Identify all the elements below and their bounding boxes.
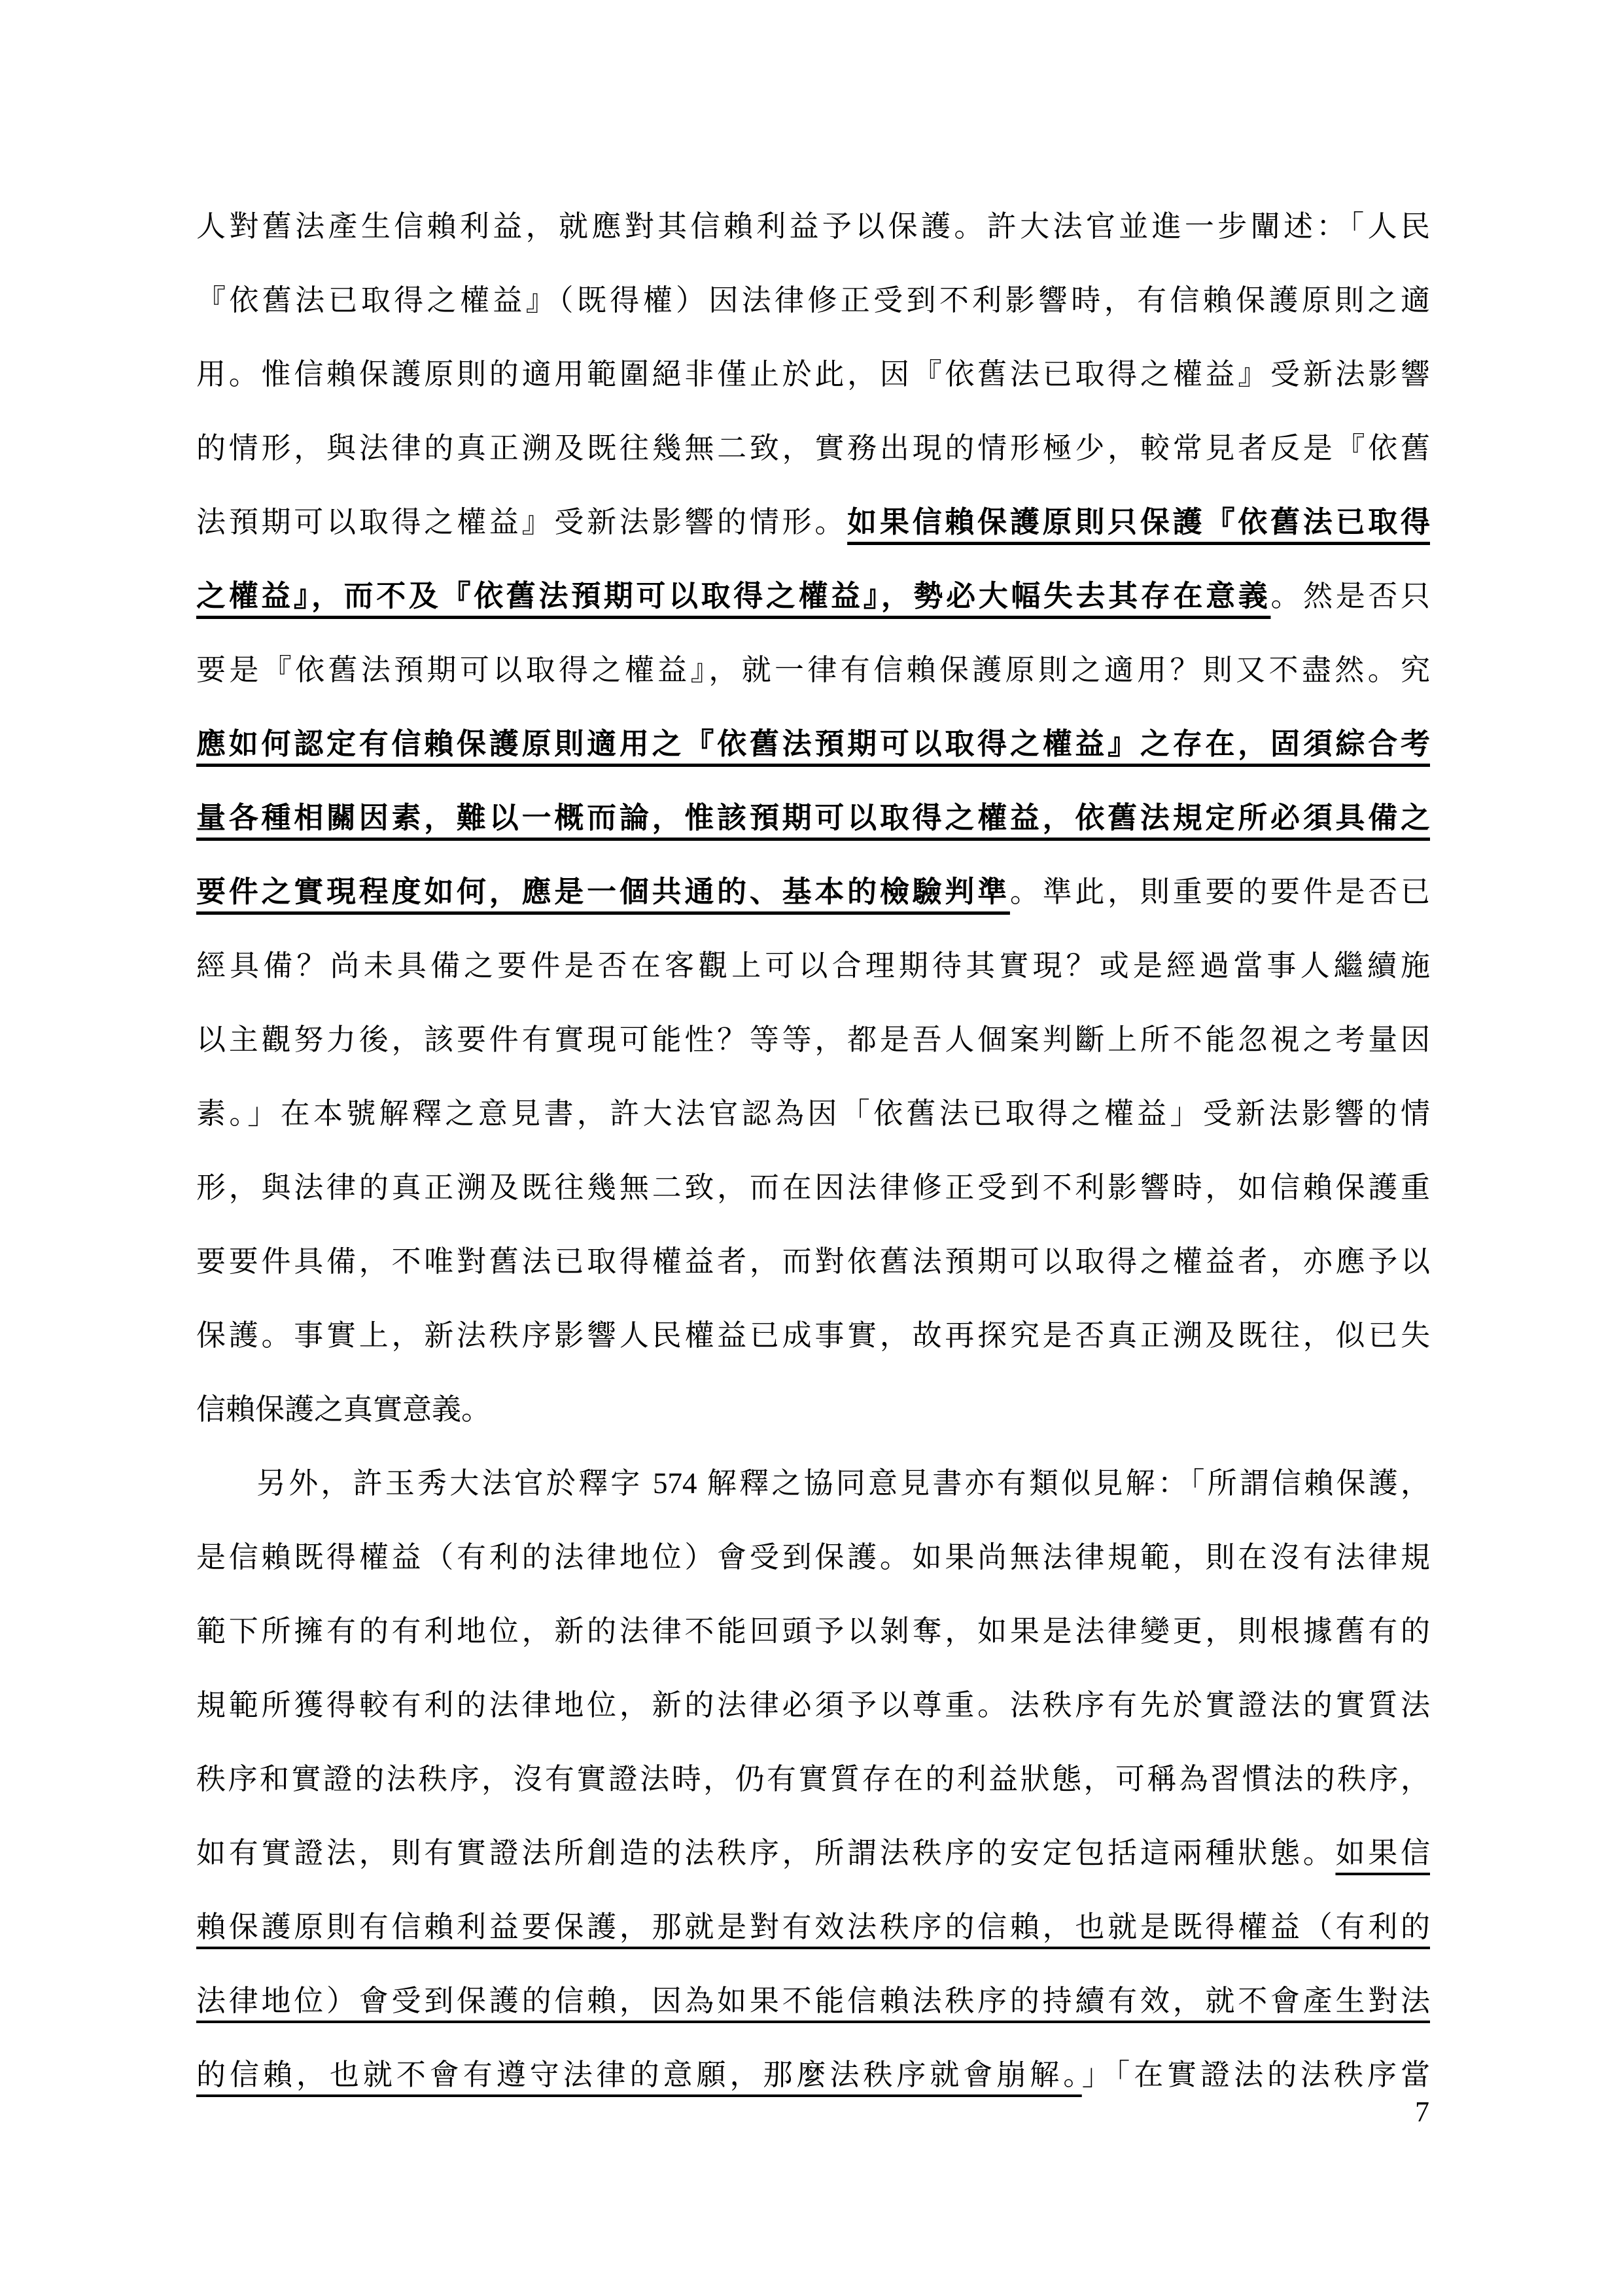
text-run: 規範所獲得較有利的法律地位，新的法律必須予以尊重。法秩序有先於實證法的實質法 xyxy=(196,1689,1430,1722)
emphasized-text-run: 法律地位）會受到保護的信賴，因為如果不能信賴法秩序的持續有效，就不會產生對法 xyxy=(196,1985,1430,2017)
text-line: 另外，許玉秀大法官於釋字 574 解釋之協同意見書亦有類似見解：「所謂信賴保護， xyxy=(196,1447,1430,1521)
text-line: 的信賴，也就不會有遵守法律的意願，那麼法秩序就會崩解。」「在實證法的法秩序當 xyxy=(196,2038,1430,2112)
text-line: 保護。事實上，新法秩序影響人民權益已成事實，故再探究是否真正溯及既往，似已失 xyxy=(196,1299,1430,1373)
text-line: 要件之實現程度如何，應是一個共通的、基本的檢驗判準。準此，則重要的要件是否已 xyxy=(196,855,1430,929)
text-line: 信賴保護之真實意義。 xyxy=(196,1373,1430,1447)
text-run: 」「在實證法的法秩序當 xyxy=(1082,2058,1430,2091)
emphasized-text-run: 如果信賴保護原則只保護『依舊法已取得 xyxy=(847,506,1430,539)
text-line: 素。」在本號解釋之意見書，許大法官認為因「依舊法已取得之權益」受新法影響的情 xyxy=(196,1077,1430,1151)
text-run: 如有實證法，則有實證法所創造的法秩序，所謂法秩序的安定包括這兩種狀態。 xyxy=(196,1837,1335,1869)
text-run: 。準此，則重要的要件是否已 xyxy=(1010,875,1430,908)
emphasized-text-run: 賴保護原則有信賴利益要保護，那就是對有效法秩序的信賴，也就是既得權益（有利的 xyxy=(196,1911,1430,1943)
text-line: 經具備？尚未具備之要件是否在客觀上可以合理期待其實現？或是經過當事人繼續施 xyxy=(196,929,1430,1003)
text-line: 量各種相關因素，難以一概而論，惟該預期可以取得之權益，依舊法規定所必須具備之 xyxy=(196,781,1430,855)
text-run: 法預期可以取得之權益』受新法影響的情形。 xyxy=(196,506,847,539)
text-run: 是信賴既得權益（有利的法律地位）會受到保護。如果尚無法律規範，則在沒有法律規 xyxy=(196,1541,1430,1574)
text-run: 要是『依舊法預期可以取得之權益』，就一律有信賴保護原則之適用？則又不盡然。究 xyxy=(196,654,1430,686)
text-line: 『依舊法已取得之權益』（既得權）因法律修正受到不利影響時，有信賴保護原則之適 xyxy=(196,264,1430,338)
emphasized-text-run: 應如何認定有信賴保護原則適用之『依舊法預期可以取得之權益』之存在，固須綜合考 xyxy=(196,728,1430,760)
text-run: 經具備？尚未具備之要件是否在客觀上可以合理期待其實現？或是經過當事人繼續施 xyxy=(196,949,1430,982)
text-run: 形，與法律的真正溯及既往幾無二致，而在因法律修正受到不利影響時，如信賴保護重 xyxy=(196,1171,1430,1204)
text-run: 用。惟信賴保護原則的適用範圍絕非僅止於此，因『依舊法已取得之權益』受新法影響 xyxy=(196,358,1430,391)
text-line: 應如何認定有信賴保護原則適用之『依舊法預期可以取得之權益』之存在，固須綜合考 xyxy=(196,707,1430,781)
text-run: 人對舊法產生信賴利益，就應對其信賴利益予以保護。許大法官並進一步闡述：「人民 xyxy=(196,210,1430,243)
emphasized-text-run: 的信賴，也就不會有遵守法律的意願，那麼法秩序就會崩解。 xyxy=(196,2058,1082,2091)
text-line: 用。惟信賴保護原則的適用範圍絕非僅止於此，因『依舊法已取得之權益』受新法影響 xyxy=(196,338,1430,412)
text-run: 要要件具備，不唯對舊法已取得權益者，而對依舊法預期可以取得之權益者，亦應予以 xyxy=(196,1245,1430,1278)
text-run: 信賴保護之真實意義。 xyxy=(196,1393,491,1426)
page-number: 7 xyxy=(1415,2093,1429,2132)
document-page: 人對舊法產生信賴利益，就應對其信賴利益予以保護。許大法官並進一步闡述：「人民『依… xyxy=(0,0,1623,2296)
document-text: 人對舊法產生信賴利益，就應對其信賴利益予以保護。許大法官並進一步闡述：「人民『依… xyxy=(196,190,1430,2112)
text-run: 範下所擁有的有利地位，新的法律不能回頭予以剝奪，如果是法律變更，則根據舊有的 xyxy=(196,1615,1430,1648)
text-run: 秩序和實證的法秩序，沒有實證法時，仍有實質存在的利益狀態，可稱為習慣法的秩序， xyxy=(196,1763,1430,1795)
text-run: 。然是否只 xyxy=(1270,580,1430,612)
text-run: 素。」在本號解釋之意見書，許大法官認為因「依舊法已取得之權益」受新法影響的情 xyxy=(196,1097,1430,1130)
emphasized-text-run: 如果信 xyxy=(1335,1837,1430,1869)
text-run: 另外，許玉秀大法官於釋字 574 解釋之協同意見書亦有類似見解：「所謂信賴保護， xyxy=(256,1467,1430,1500)
text-line: 人對舊法產生信賴利益，就應對其信賴利益予以保護。許大法官並進一步闡述：「人民 xyxy=(196,190,1430,264)
text-line: 形，與法律的真正溯及既往幾無二致，而在因法律修正受到不利影響時，如信賴保護重 xyxy=(196,1151,1430,1225)
text-run: 的情形，與法律的真正溯及既往幾無二致，實務出現的情形極少，較常見者反是『依舊 xyxy=(196,432,1430,465)
emphasized-text-run: 要件之實現程度如何，應是一個共通的、基本的檢驗判準 xyxy=(196,875,1010,908)
text-line: 賴保護原則有信賴利益要保護，那就是對有效法秩序的信賴，也就是既得權益（有利的 xyxy=(196,1890,1430,1964)
text-line: 法律地位）會受到保護的信賴，因為如果不能信賴法秩序的持續有效，就不會產生對法 xyxy=(196,1964,1430,2038)
text-line: 之權益』，而不及『依舊法預期可以取得之權益』，勢必大幅失去其存在意義。然是否只 xyxy=(196,559,1430,633)
text-line: 如有實證法，則有實證法所創造的法秩序，所謂法秩序的安定包括這兩種狀態。如果信 xyxy=(196,1816,1430,1890)
text-line: 要要件具備，不唯對舊法已取得權益者，而對依舊法預期可以取得之權益者，亦應予以 xyxy=(196,1225,1430,1299)
text-line: 以主觀努力後，該要件有實現可能性？等等，都是吾人個案判斷上所不能忽視之考量因 xyxy=(196,1003,1430,1077)
text-line: 是信賴既得權益（有利的法律地位）會受到保護。如果尚無法律規範，則在沒有法律規 xyxy=(196,1521,1430,1595)
text-run: 保護。事實上，新法秩序影響人民權益已成事實，故再探究是否真正溯及既往，似已失 xyxy=(196,1319,1430,1352)
text-run: 以主觀努力後，該要件有實現可能性？等等，都是吾人個案判斷上所不能忽視之考量因 xyxy=(196,1023,1430,1056)
emphasized-text-run: 之權益』，而不及『依舊法預期可以取得之權益』，勢必大幅失去其存在意義 xyxy=(196,580,1270,612)
text-line: 的情形，與法律的真正溯及既往幾無二致，實務出現的情形極少，較常見者反是『依舊 xyxy=(196,412,1430,486)
text-line: 法預期可以取得之權益』受新法影響的情形。如果信賴保護原則只保護『依舊法已取得 xyxy=(196,486,1430,559)
text-run: 『依舊法已取得之權益』（既得權）因法律修正受到不利影響時，有信賴保護原則之適 xyxy=(196,284,1430,317)
text-line: 要是『依舊法預期可以取得之權益』，就一律有信賴保護原則之適用？則又不盡然。究 xyxy=(196,633,1430,707)
emphasized-text-run: 量各種相關因素，難以一概而論，惟該預期可以取得之權益，依舊法規定所必須具備之 xyxy=(196,802,1430,834)
text-line: 規範所獲得較有利的法律地位，新的法律必須予以尊重。法秩序有先於實證法的實質法 xyxy=(196,1669,1430,1742)
text-line: 秩序和實證的法秩序，沒有實證法時，仍有實質存在的利益狀態，可稱為習慣法的秩序， xyxy=(196,1742,1430,1816)
text-line: 範下所擁有的有利地位，新的法律不能回頭予以剝奪，如果是法律變更，則根據舊有的 xyxy=(196,1595,1430,1669)
